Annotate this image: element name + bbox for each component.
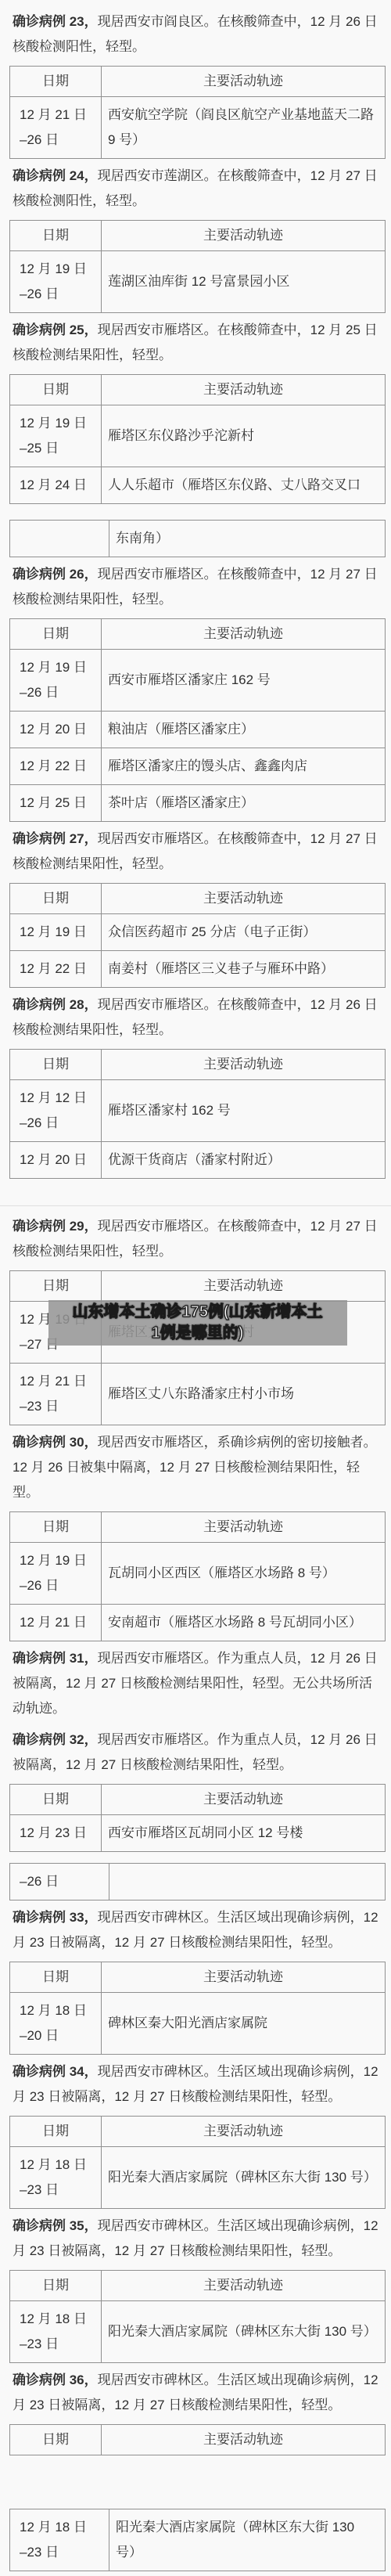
date-cell: 12 月 18 日 –23 日 [10, 2147, 102, 2209]
table-header-row: 日期 主要活动轨迹 [10, 2271, 386, 2301]
table-row: 12 月 21 日 –26 日 西安航空学院（阎良区航空产业基地蓝天二路 9 号… [10, 97, 386, 159]
date-column-header: 日期 [10, 1050, 102, 1080]
activity-cell: 瓦胡同小区西区（雁塔区水场路 8 号） [102, 1543, 386, 1605]
table-header-row: 日期 主要活动轨迹 [10, 1271, 386, 1302]
date-column-header: 日期 [10, 1271, 102, 1302]
case-label: 确诊病例 30， [13, 1435, 98, 1450]
activity-column-header: 主要活动轨迹 [102, 2117, 386, 2147]
activity-table-grid: 日期 主要活动轨迹 [9, 2424, 386, 2455]
case-paragraph: 确诊病例 23，现居西安市阎良区。在核酸筛查中，12 月 26 日核酸检测阳性，… [13, 9, 385, 59]
case-label: 确诊病例 29， [13, 1219, 98, 1234]
activity-cell: 莲湖区油库街 12 号富景园小区 [102, 251, 386, 313]
activity-cell [109, 1864, 386, 1900]
case-label: 确诊病例 24， [13, 168, 98, 183]
case-label: 确诊病例 35， [13, 2218, 98, 2233]
activity-cell: 碑林区秦大阳光酒店家属院 [102, 1993, 386, 2055]
activity-column-header: 主要活动轨迹 [102, 1271, 386, 1302]
date-cell: 12 月 21 日 [10, 1605, 102, 1641]
date-cell: 12 月 18 日 –20 日 [10, 1993, 102, 2055]
table-row: 12 月 19 日 众信医药超市 25 分店（电子正街） [10, 914, 386, 951]
table-header-row: 日期 主要活动轨迹 [10, 2425, 386, 2455]
case-label: 确诊病例 31， [13, 1651, 98, 1666]
activity-cell: 众信医药超市 25 分店（电子正街） [102, 914, 386, 951]
activity-table-grid: 日期 主要活动轨迹 12 月 18 日 –23 日 阳光秦大酒店家属院（碑林区东… [9, 2116, 386, 2209]
activity-cell: 安南超市（雁塔区水场路 8 号瓦胡同小区） [102, 1605, 386, 1641]
table-header-row: 日期 主要活动轨迹 [10, 884, 386, 914]
date-cell: 12 月 19 日 –26 日 [10, 650, 102, 712]
case-report-document: 确诊病例 23，现居西安市阎良区。在核酸筛查中，12 月 26 日核酸检测阳性，… [0, 0, 391, 2571]
watermark-title-line1: 山东增本土确诊175例(山东新增本土 [48, 1302, 347, 1323]
table-row: 12 月 20 日 优源干货商店（潘家村附近） [10, 1142, 386, 1179]
date-column-header: 日期 [10, 2271, 102, 2301]
table-row: 12 月 18 日 –23 日 阳光秦大酒店家属院（碑林区东大街 130 号） [10, 2509, 386, 2571]
date-cell: 12 月 20 日 [10, 712, 102, 748]
case-paragraph: 确诊病例 35，现居西安市碑林区。生活区域出现确诊病例，12 月 23 日被隔离… [13, 2214, 385, 2264]
activity-table: 日期 主要活动轨迹 [9, 2424, 386, 2455]
activity-table-grid: 日期 主要活动轨迹 12 月 23 日 西安市雁塔区瓦胡同小区 12 号楼 [9, 1784, 386, 1852]
date-column-header: 日期 [10, 884, 102, 914]
table-row: 东南角） [10, 521, 386, 557]
date-cell: 12 月 21 日 –23 日 [10, 1364, 102, 1425]
case-paragraph: 确诊病例 27，现居西安市雁塔区。在核酸筛查中，12 月 27 日核酸检测结果阳… [13, 827, 385, 877]
activity-column-header: 主要活动轨迹 [102, 67, 386, 97]
activity-cell: 阳光秦大酒店家属院（碑林区东大街 130 号） [102, 2147, 386, 2209]
table-row: 12 月 19 日 –25 日 雁塔区东仪路沙乎沱新村 [10, 405, 386, 467]
activity-cell: 阳光秦大酒店家属院（碑林区东大街 130 号） [102, 2301, 386, 2363]
case-paragraph: 确诊病例 36，现居西安市碑林区。生活区域出现确诊病例，12 月 23 日被隔离… [13, 2368, 385, 2418]
activity-table-grid: 12 月 18 日 –23 日 阳光秦大酒店家属院（碑林区东大街 130 号） [9, 2509, 386, 2571]
activity-table-grid: 日期 主要活动轨迹 12 月 19 日 –26 日 莲湖区油库街 12 号富景园… [9, 220, 386, 313]
date-cell: 12 月 18 日 –23 日 [10, 2301, 102, 2363]
activity-column-header: 主要活动轨迹 [102, 2271, 386, 2301]
activity-cell: 茶叶店（雁塔区潘家庄） [102, 785, 386, 822]
activity-table: 12 月 18 日 –23 日 阳光秦大酒店家属院（碑林区东大街 130 号） [9, 2509, 386, 2571]
table-row: 12 月 22 日 南姜村（雁塔区三义巷子与雁环中路） [10, 951, 386, 988]
case-label: 确诊病例 33， [13, 1910, 98, 1925]
activity-column-header: 主要活动轨迹 [102, 1785, 386, 1815]
date-column-header: 日期 [10, 1785, 102, 1815]
table-header-row: 日期 主要活动轨迹 [10, 619, 386, 650]
activity-column-header: 主要活动轨迹 [102, 1962, 386, 1993]
activity-cell: 雁塔区潘家庄的馒头店、鑫鑫肉店 [102, 748, 386, 785]
activity-table: 日期 主要活动轨迹 12 月 23 日 西安市雁塔区瓦胡同小区 12 号楼 [9, 1784, 386, 1852]
case-label: 确诊病例 34， [13, 2064, 98, 2079]
case-paragraph: 确诊病例 28，现居西安市雁塔区。在核酸筛查中，12 月 26 日核酸检测结果阳… [13, 993, 385, 1043]
case-paragraph: 确诊病例 29，现居西安市雁塔区。在核酸筛查中，12 月 27 日核酸检测结果阳… [13, 1214, 385, 1264]
activity-table: 日期 主要活动轨迹 12 月 19 日 –26 日 瓦胡同小区西区（雁塔区水场路… [9, 1511, 386, 1641]
activity-column-header: 主要活动轨迹 [102, 1050, 386, 1080]
date-cell: 12 月 22 日 [10, 748, 102, 785]
date-cell: 12 月 19 日 –26 日 [10, 1543, 102, 1605]
activity-cell: 粮油店（雁塔区潘家庄） [102, 712, 386, 748]
activity-cell: 人人乐超市（雁塔区东仪路、丈八路交叉口 [102, 467, 386, 504]
table-row: 12 月 21 日 –23 日 雁塔区丈八东路潘家庄村小市场 [10, 1364, 386, 1425]
date-column-header: 日期 [10, 2117, 102, 2147]
table-row: 12 月 18 日 –23 日 阳光秦大酒店家属院（碑林区东大街 130 号） [10, 2301, 386, 2363]
activity-table: 日期 主要活动轨迹 12 月 21 日 –26 日 西安航空学院（阎良区航空产业… [9, 66, 386, 159]
date-column-header: 日期 [10, 619, 102, 650]
table-row: 12 月 18 日 –23 日 阳光秦大酒店家属院（碑林区东大街 130 号） [10, 2147, 386, 2209]
date-cell: 12 月 19 日 [10, 914, 102, 951]
activity-table-grid: 日期 主要活动轨迹 12 月 18 日 –20 日 碑林区秦大阳光酒店家属院 [9, 1962, 386, 2055]
date-cell: 12 月 22 日 [10, 951, 102, 988]
case-label: 确诊病例 26， [13, 567, 98, 582]
date-cell: 12 月 25 日 [10, 785, 102, 822]
case-label: 确诊病例 28， [13, 997, 98, 1012]
activity-table: –26 日 [9, 1863, 386, 1900]
activity-table: 日期 主要活动轨迹 12 月 19 日 –26 日 西安市雁塔区潘家庄 162 … [9, 618, 386, 822]
table-row: 12 月 12 日 –26 日 雁塔区潘家村 162 号 [10, 1080, 386, 1142]
activity-table: 日期 主要活动轨迹 12 月 19 日 –27 日 雁塔区丈八东路潘家庄村 12… [9, 1270, 386, 1425]
activity-table: 日期 主要活动轨迹 12 月 19 日 –26 日 莲湖区油库街 12 号富景园… [9, 220, 386, 313]
date-cell: 12 月 21 日 –26 日 [10, 97, 102, 159]
case-paragraph: 确诊病例 32，现居西安市雁塔区。作为重点人员，12 月 26 日被隔离，12 … [13, 1728, 385, 1778]
table-header-row: 日期 主要活动轨迹 [10, 375, 386, 405]
date-column-header: 日期 [10, 1962, 102, 1993]
table-row: 12 月 19 日 –26 日 瓦胡同小区西区（雁塔区水场路 8 号） [10, 1543, 386, 1605]
table-header-row: 日期 主要活动轨迹 [10, 2117, 386, 2147]
case-paragraph: 确诊病例 33，现居西安市碑林区。生活区域出现确诊病例，12 月 23 日被隔离… [13, 1905, 385, 1955]
activity-column-header: 主要活动轨迹 [102, 2425, 386, 2455]
date-column-header: 日期 [10, 221, 102, 251]
activity-table-grid: 日期 主要活动轨迹 12 月 19 日 –26 日 西安市雁塔区潘家庄 162 … [9, 618, 386, 822]
activity-column-header: 主要活动轨迹 [102, 375, 386, 405]
case-paragraph: 确诊病例 34，现居西安市碑林区。生活区域出现确诊病例，12 月 23 日被隔离… [13, 2059, 385, 2109]
date-cell: 12 月 23 日 [10, 1815, 102, 1852]
table-row: 12 月 23 日 西安市雁塔区瓦胡同小区 12 号楼 [10, 1815, 386, 1852]
activity-cell: 阳光秦大酒店家属院（碑林区东大街 130 号） [109, 2509, 386, 2571]
activity-column-header: 主要活动轨迹 [102, 884, 386, 914]
table-header-row: 日期 主要活动轨迹 [10, 1512, 386, 1543]
watermark-title: 山东增本土确诊175例(山东新增本土 1例是哪里的) [48, 1300, 347, 1346]
table-row: 12 月 24 日 人人乐超市（雁塔区东仪路、丈八路交叉口 [10, 467, 386, 504]
activity-table-grid: 日期 主要活动轨迹 12 月 12 日 –26 日 雁塔区潘家村 162 号 1… [9, 1049, 386, 1179]
activity-table-grid: 日期 主要活动轨迹 12 月 18 日 –23 日 阳光秦大酒店家属院（碑林区东… [9, 2270, 386, 2363]
table-row: 12 月 19 日 –26 日 莲湖区油库街 12 号富景园小区 [10, 251, 386, 313]
activity-table: 日期 主要活动轨迹 12 月 18 日 –23 日 阳光秦大酒店家属院（碑林区东… [9, 2116, 386, 2209]
case-label: 确诊病例 32， [13, 1732, 98, 1747]
activity-table: 东南角） [9, 520, 386, 557]
activity-table-grid: 日期 主要活动轨迹 12 月 21 日 –26 日 西安航空学院（阎良区航空产业… [9, 66, 386, 159]
activity-table-grid: 日期 主要活动轨迹 12 月 19 日 –25 日 雁塔区东仪路沙乎沱新村 12… [9, 374, 386, 504]
page-break-gap [0, 1857, 391, 1863]
date-column-header: 日期 [10, 67, 102, 97]
table-row: 12 月 21 日 安南超市（雁塔区水场路 8 号瓦胡同小区） [10, 1605, 386, 1641]
activity-cell: 雁塔区潘家村 162 号 [102, 1080, 386, 1142]
table-row: 12 月 19 日 –26 日 西安市雁塔区潘家庄 162 号 [10, 650, 386, 712]
date-cell: 12 月 19 日 –25 日 [10, 405, 102, 467]
activity-column-header: 主要活动轨迹 [102, 1512, 386, 1543]
case-label: 确诊病例 25， [13, 322, 98, 337]
table-header-row: 日期 主要活动轨迹 [10, 1962, 386, 1993]
activity-column-header: 主要活动轨迹 [102, 619, 386, 650]
case-paragraph: 确诊病例 31，现居西安市雁塔区。作为重点人员，12 月 26 日被隔离，12 … [13, 1646, 385, 1721]
activity-cell: 西安市雁塔区瓦胡同小区 12 号楼 [102, 1815, 386, 1852]
date-cell: 12 月 12 日 –26 日 [10, 1080, 102, 1142]
date-column-header: 日期 [10, 2425, 102, 2455]
table-header-row: 日期 主要活动轨迹 [10, 1785, 386, 1815]
case-label: 确诊病例 27， [13, 831, 98, 846]
activity-cell: 雁塔区东仪路沙乎沱新村 [102, 405, 386, 467]
case-label: 确诊病例 36， [13, 2372, 98, 2387]
activity-cell: 东南角） [109, 521, 386, 557]
activity-table-grid: –26 日 [9, 1863, 386, 1900]
activity-cell: 雁塔区丈八东路潘家庄村小市场 [102, 1364, 386, 1425]
page-divider [0, 1205, 391, 1206]
activity-table: 日期 主要活动轨迹 12 月 18 日 –23 日 阳光秦大酒店家属院（碑林区东… [9, 2270, 386, 2363]
date-cell: 12 月 19 日 –26 日 [10, 251, 102, 313]
date-cell [10, 521, 109, 557]
case-label: 确诊病例 23， [13, 14, 98, 29]
activity-cell: 优源干货商店（潘家村附近） [102, 1142, 386, 1179]
activity-table: 日期 主要活动轨迹 12 月 18 日 –20 日 碑林区秦大阳光酒店家属院 [9, 1962, 386, 2055]
table-row: 12 月 20 日 粮油店（雁塔区潘家庄） [10, 712, 386, 748]
activity-table-grid: 日期 主要活动轨迹 12 月 19 日 –27 日 雁塔区丈八东路潘家庄村 12… [9, 1270, 386, 1425]
activity-table: 日期 主要活动轨迹 12 月 12 日 –26 日 雁塔区潘家村 162 号 1… [9, 1049, 386, 1179]
date-cell: 12 月 24 日 [10, 467, 102, 504]
case-paragraph: 确诊病例 24，现居西安市莲湖区。在核酸筛查中，12 月 27 日核酸检测阳性，… [13, 164, 385, 214]
activity-column-header: 主要活动轨迹 [102, 221, 386, 251]
table-row: 12 月 18 日 –20 日 碑林区秦大阳光酒店家属院 [10, 1993, 386, 2055]
activity-table: 日期 主要活动轨迹 12 月 19 日 众信医药超市 25 分店（电子正街） 1… [9, 883, 386, 988]
date-cell: 12 月 18 日 –23 日 [10, 2509, 109, 2571]
table-header-row: 日期 主要活动轨迹 [10, 221, 386, 251]
table-header-row: 日期 主要活动轨迹 [10, 67, 386, 97]
activity-cell: 西安航空学院（阎良区航空产业基地蓝天二路 9 号） [102, 97, 386, 159]
activity-cell: 西安市雁塔区潘家庄 162 号 [102, 650, 386, 712]
case-paragraph: 确诊病例 30，现居西安市雁塔区，系确诊病例的密切接触者。12 月 26 日被集… [13, 1430, 385, 1505]
date-cell: 12 月 20 日 [10, 1142, 102, 1179]
activity-table-grid: 日期 主要活动轨迹 12 月 19 日 –26 日 瓦胡同小区西区（雁塔区水场路… [9, 1511, 386, 1641]
date-cell: –26 日 [10, 1864, 109, 1900]
table-header-row: 日期 主要活动轨迹 [10, 1050, 386, 1080]
case-paragraph: 确诊病例 26，现居西安市雁塔区。在核酸筛查中，12 月 27 日核酸检测结果阳… [13, 562, 385, 612]
table-row: –26 日 [10, 1864, 386, 1900]
date-column-header: 日期 [10, 375, 102, 405]
activity-table: 日期 主要活动轨迹 12 月 19 日 –25 日 雁塔区东仪路沙乎沱新村 12… [9, 374, 386, 504]
table-row: 12 月 25 日 茶叶店（雁塔区潘家庄） [10, 785, 386, 822]
activity-cell: 南姜村（雁塔区三义巷子与雁环中路） [102, 951, 386, 988]
watermark-title-line2: 1例是哪里的) [48, 1323, 347, 1344]
page-break-gap [0, 509, 391, 520]
activity-table-grid: 日期 主要活动轨迹 12 月 19 日 众信医药超市 25 分店（电子正街） 1… [9, 883, 386, 988]
activity-table-grid: 东南角） [9, 520, 386, 557]
case-paragraph: 确诊病例 25，现居西安市雁塔区。在核酸筛查中，12 月 25 日核酸检测结果阳… [13, 318, 385, 368]
table-row: 12 月 22 日 雁塔区潘家庄的馒头店、鑫鑫肉店 [10, 748, 386, 785]
date-column-header: 日期 [10, 1512, 102, 1543]
page-break-gap [0, 2460, 391, 2509]
